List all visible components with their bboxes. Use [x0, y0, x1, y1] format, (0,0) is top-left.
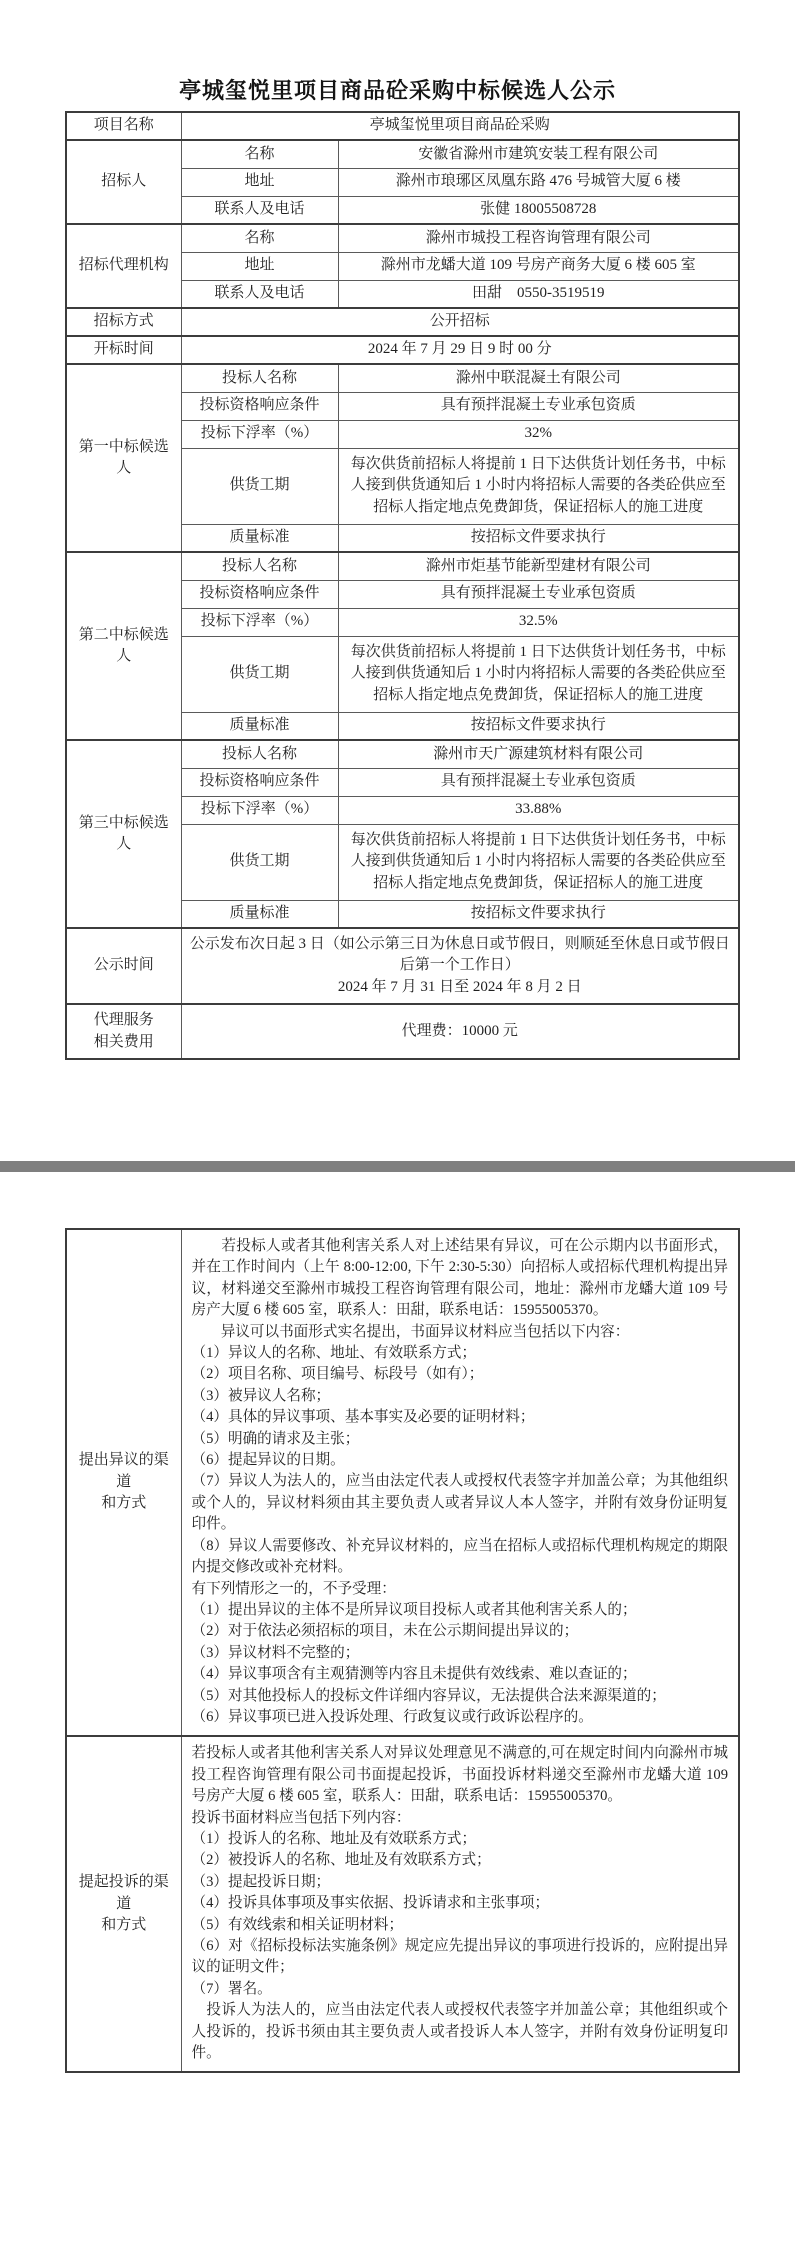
agency-fee-value: 代理费：10000 元 — [181, 1004, 739, 1059]
supply-period-label: 供货工期 — [181, 636, 338, 712]
agency-contact-value: 田甜 0550-3519519 — [338, 280, 739, 308]
tenderer-contact-value: 张健 18005508728 — [338, 196, 739, 224]
supply-period-label: 供货工期 — [181, 448, 338, 524]
qualification-label: 投标资格响应条件 — [181, 768, 338, 796]
objection-channel-text: 若投标人或者其他利害关系人对上述结果有异议，可在公示期内以书面形式，并在工作时间… — [181, 1229, 739, 1736]
agency-address-value: 滁州市龙蟠大道 109 号房产商务大厦 6 楼 605 室 — [338, 252, 739, 280]
candidate-2-label: 第二中标候选人 — [66, 552, 181, 740]
agency-name-value: 滁州市城投工程咨询管理有限公司 — [338, 224, 739, 252]
agency-fee-label: 代理服务 相关费用 — [66, 1004, 181, 1059]
complaint-channel-label: 提起投诉的渠道 和方式 — [66, 1736, 181, 2072]
tenderer-name-value: 安徽省滁州市建筑安装工程有限公司 — [338, 140, 739, 168]
agency-address-label: 地址 — [181, 252, 338, 280]
objection-table: 提出异议的渠道 和方式 若投标人或者其他利害关系人对上述结果有异议，可在公示期内… — [65, 1228, 740, 2073]
quality-label: 质量标准 — [181, 524, 338, 552]
method-value: 公开招标 — [181, 308, 739, 336]
page-break-band — [0, 1161, 795, 1172]
tenderer-name-label: 名称 — [181, 140, 338, 168]
bidder-name-label: 投标人名称 — [181, 364, 338, 392]
summary-table: 项目名称 亭城玺悦里项目商品砼采购 招标人 名称 安徽省滁州市建筑安装工程有限公… — [65, 111, 740, 1060]
tenderer-address-label: 地址 — [181, 168, 338, 196]
candidate-2-qualification: 具有预拌混凝土专业承包资质 — [338, 580, 739, 608]
candidate-1-discount-rate: 32% — [338, 420, 739, 448]
discount-rate-label: 投标下浮率（%） — [181, 608, 338, 636]
tenderer-label: 招标人 — [66, 140, 181, 224]
method-label: 招标方式 — [66, 308, 181, 336]
quality-label: 质量标准 — [181, 900, 338, 928]
opening-time-label: 开标时间 — [66, 336, 181, 364]
opening-time-value: 2024 年 7 月 29 日 9 时 00 分 — [181, 336, 739, 364]
qualification-label: 投标资格响应条件 — [181, 392, 338, 420]
bidder-name-label: 投标人名称 — [181, 552, 338, 580]
candidate-2-supply-period: 每次供货前招标人将提前 1 日下达供货计划任务书，中标人接到供货通知后 1 小时… — [338, 636, 739, 712]
tenderer-address-value: 滁州市琅琊区凤凰东路 476 号城管大厦 6 楼 — [338, 168, 739, 196]
candidate-3-label: 第三中标候选人 — [66, 740, 181, 928]
candidate-2-discount-rate: 32.5% — [338, 608, 739, 636]
candidate-1-bidder: 滁州中联混凝土有限公司 — [338, 364, 739, 392]
supply-period-label: 供货工期 — [181, 824, 338, 900]
agency-label: 招标代理机构 — [66, 224, 181, 308]
candidate-3-supply-period: 每次供货前招标人将提前 1 日下达供货计划任务书，中标人接到供货通知后 1 小时… — [338, 824, 739, 900]
candidate-2-quality: 按招标文件要求执行 — [338, 712, 739, 740]
candidate-1-quality: 按招标文件要求执行 — [338, 524, 739, 552]
project-name-value: 亭城玺悦里项目商品砼采购 — [181, 112, 739, 140]
quality-label: 质量标准 — [181, 712, 338, 740]
publicity-period-label: 公示时间 — [66, 928, 181, 1004]
agency-name-label: 名称 — [181, 224, 338, 252]
complaint-channel-text: 若投标人或者其他利害关系人对异议处理意见不满意的,可在规定时间内向滁州市城投工程… — [181, 1736, 739, 2072]
candidate-3-qualification: 具有预拌混凝土专业承包资质 — [338, 768, 739, 796]
candidate-1-label: 第一中标候选人 — [66, 364, 181, 552]
project-name-label: 项目名称 — [66, 112, 181, 140]
tenderer-contact-label: 联系人及电话 — [181, 196, 338, 224]
candidate-1-supply-period: 每次供货前招标人将提前 1 日下达供货计划任务书，中标人接到供货通知后 1 小时… — [338, 448, 739, 524]
qualification-label: 投标资格响应条件 — [181, 580, 338, 608]
candidate-2-bidder: 滁州市炬基节能新型建材有限公司 — [338, 552, 739, 580]
candidate-3-quality: 按招标文件要求执行 — [338, 900, 739, 928]
bidder-name-label: 投标人名称 — [181, 740, 338, 768]
publicity-period-value: 公示发布次日起 3 日（如公示第三日为休息日或节假日，则顺延至休息日或节假日后第… — [181, 928, 739, 1004]
agency-contact-label: 联系人及电话 — [181, 280, 338, 308]
candidate-3-bidder: 滁州市天广源建筑材料有限公司 — [338, 740, 739, 768]
page-title: 亭城玺悦里项目商品砼采购中标候选人公示 — [0, 0, 795, 105]
candidate-1-qualification: 具有预拌混凝土专业承包资质 — [338, 392, 739, 420]
discount-rate-label: 投标下浮率（%） — [181, 796, 338, 824]
discount-rate-label: 投标下浮率（%） — [181, 420, 338, 448]
document-page: 亭城玺悦里项目商品砼采购中标候选人公示 项目名称 亭城玺悦里项目商品砼采购 招标… — [0, 0, 795, 2258]
objection-channel-label: 提出异议的渠道 和方式 — [66, 1229, 181, 1736]
candidate-3-discount-rate: 33.88% — [338, 796, 739, 824]
